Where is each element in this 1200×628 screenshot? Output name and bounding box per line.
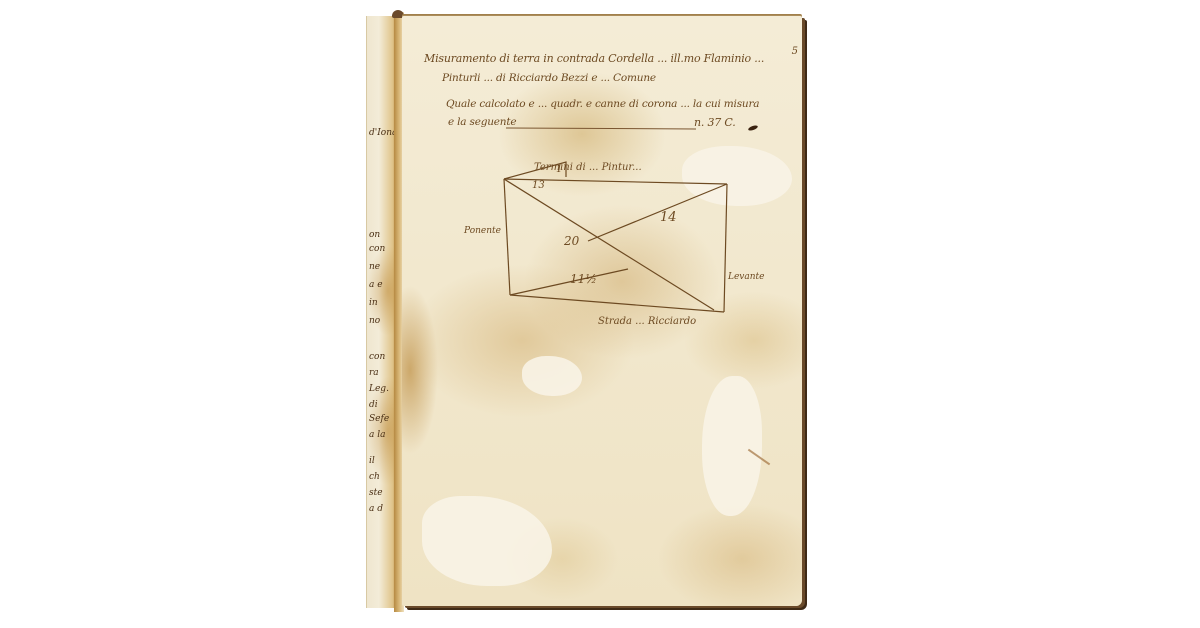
margin-fragment: on — [369, 230, 380, 240]
manuscript-page: 5 Misuramento di terra in contrada Corde… — [402, 16, 802, 606]
margin-fragment: a d — [369, 504, 383, 514]
margin-fragment: ra — [369, 368, 379, 378]
diagram-title: Termini di ... Pintur... — [534, 162, 642, 173]
land-plot-diagram — [402, 16, 802, 606]
margin-fragment: ch — [369, 472, 380, 482]
margin-fragment: Sefe — [369, 414, 389, 424]
label-strada: Strada ... Ricciardo — [598, 316, 696, 327]
margin-fragment: no — [369, 316, 380, 326]
label-ponente: Ponente — [464, 226, 501, 236]
margin-fragment: a e — [369, 280, 383, 290]
label-levante: Levante — [728, 272, 765, 282]
margin-fragment: con — [369, 244, 385, 254]
measure-14: 14 — [660, 210, 677, 225]
open-manuscript-book: d'Iona on con ne a e in no con ra Leg. d… — [366, 12, 812, 612]
margin-fragment: con — [369, 352, 385, 362]
left-page-edge: d'Iona on con ne a e in no con ra Leg. d… — [366, 16, 397, 608]
margin-fragment: a la — [369, 430, 385, 440]
margin-fragment: ste — [369, 488, 383, 498]
measure-tab: 1 — [556, 164, 562, 175]
margin-fragment: il — [369, 456, 375, 466]
margin-fragment: di — [369, 400, 378, 410]
measure-20: 20 — [564, 234, 579, 248]
margin-fragment: ne — [369, 262, 380, 272]
margin-fragment: Leg. — [369, 384, 389, 394]
margin-fragment: in — [369, 298, 378, 308]
measure-11-half: 11½ — [570, 272, 597, 286]
measure-13: 13 — [532, 180, 545, 191]
